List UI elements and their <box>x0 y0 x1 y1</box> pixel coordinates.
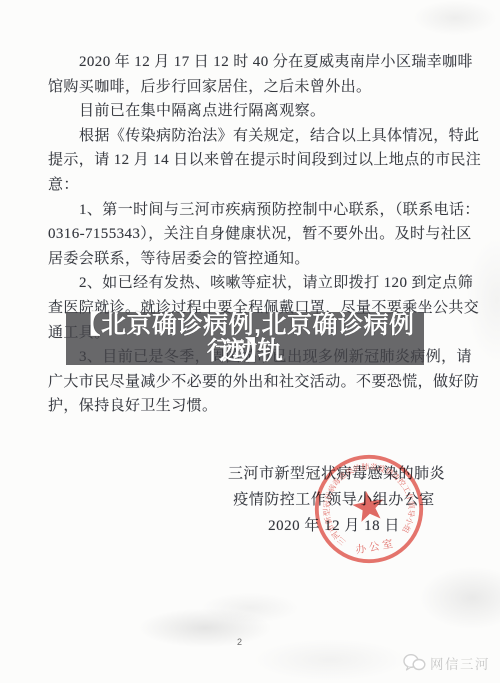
overlay-banner: 【北京确诊病例,北京确诊病例行动轨 迹】 <box>66 312 424 365</box>
doc-line: 根据《传染病防治法》有关规定，结合以上具体情况，特此 <box>48 124 456 149</box>
doc-line: 目前已在集中隔离点进行隔离观察。 <box>48 99 456 124</box>
watermark-label: 网信三河 <box>430 653 490 673</box>
doc-line: 2、如已经有发热、咳嗽等症状，请立即拨打 120 到定点筛 <box>48 271 456 296</box>
doc-line: 提示，请 12 月 14 日以来曾在提示时间段到过以上地点的市民注 <box>48 148 456 173</box>
seal-star-icon <box>350 488 386 523</box>
banner-title-line1: 【北京确诊病例,北京确诊病例行动轨 <box>66 312 424 338</box>
page-number: 2 <box>237 637 242 647</box>
doc-line: 意： <box>48 173 456 198</box>
wangxin-logo-icon <box>402 653 426 673</box>
watermark: 网信三河 <box>402 652 490 674</box>
banner-title-line2: 迹】 <box>66 338 424 364</box>
doc-line: 广大市民尽量减少不必要的外出和社交活动。不要恐慌，做好防 <box>48 370 456 395</box>
official-seal-stamp: 三河市新型冠状病毒感染的肺炎疫情防控工作领导小组 办公室 <box>302 442 436 576</box>
doc-line: 居委会联系，等待居委会的管控通知。 <box>48 247 456 272</box>
doc-line: 2020 年 12 月 17 日 12 时 40 分在夏威夷南岸小区瑞幸咖啡 <box>48 50 456 75</box>
seal-bottom-text: 办公室 <box>355 537 397 557</box>
doc-line: 馆购买咖啡，后步行回家居住，之后未曾外出。 <box>48 75 456 100</box>
doc-line: 0316-7155343），关注自身健康状况，暂不要外出。及时与社区 <box>48 222 456 247</box>
doc-line: 护，保持良好卫生习惯。 <box>48 394 456 419</box>
scanned-notice-photo: 2020 年 12 月 17 日 12 时 40 分在夏威夷南岸小区瑞幸咖啡 馆… <box>0 0 500 683</box>
doc-line: 1、第一时间与三河市疾病预防控制中心联系，（联系电话： <box>48 198 456 223</box>
